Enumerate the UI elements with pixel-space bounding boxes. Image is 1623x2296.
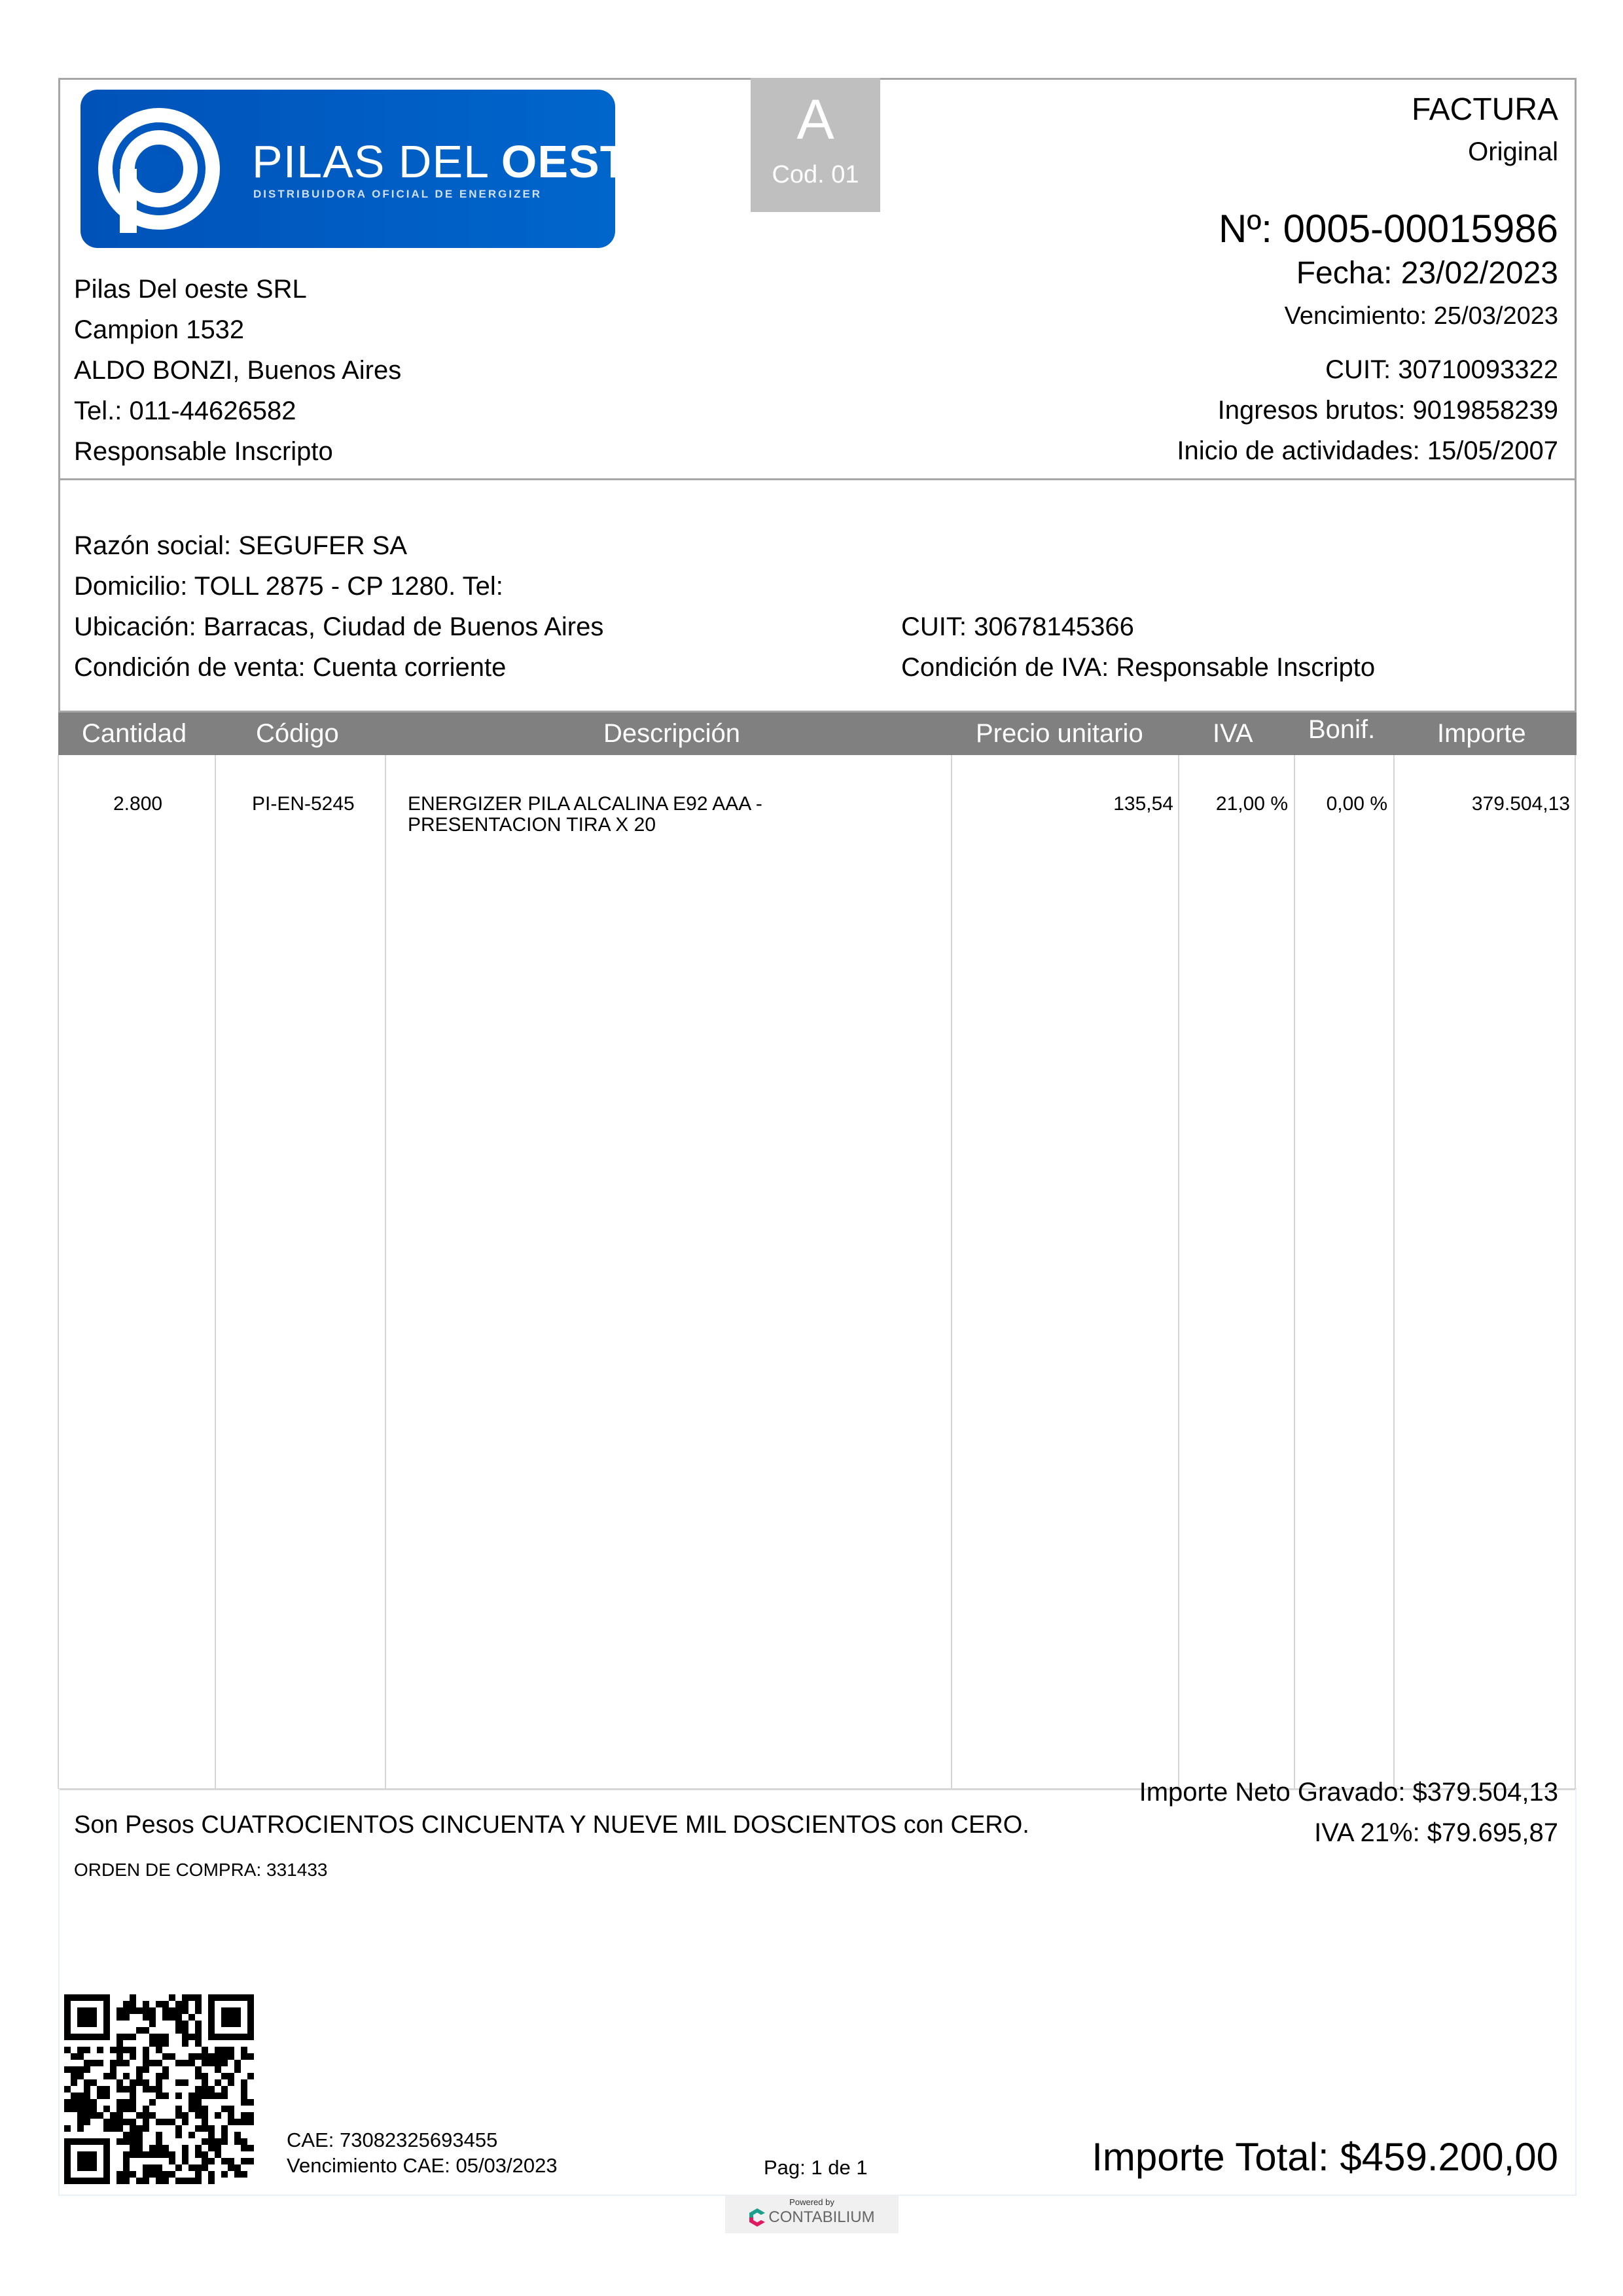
activity-start: Inicio de actividades: 15/05/2007 xyxy=(1177,436,1558,466)
cell-amount: 379.504,13 xyxy=(1399,794,1570,815)
cell-description-line1: ENERGIZER PILA ALCALINA E92 AAA - xyxy=(408,794,762,815)
emitter-city: ALDO BONZI, Buenos Aires xyxy=(74,356,401,385)
client-address: Domicilio: TOLL 2875 - CP 1280. Tel: xyxy=(74,572,503,601)
client-iva-condition: Condición de IVA: Responsable Inscripto xyxy=(901,653,1375,682)
col-divider xyxy=(951,755,952,1789)
col-header-unit-price: Precio unitario xyxy=(976,719,1143,749)
amount-in-words-text: Son Pesos CUATROCIENTOS CINCUENTA Y NUEV… xyxy=(74,1811,1029,1839)
invoice-type-box: A Cod. 01 xyxy=(751,78,880,212)
emitter-name: Pilas Del oeste SRL xyxy=(74,275,307,304)
iva-amount: IVA 21%: $79.695,87 xyxy=(1314,1818,1558,1848)
invoice-number: Nº: 0005-00015986 xyxy=(1219,206,1558,251)
page-indicator: Pag: 1 de 1 xyxy=(764,2156,868,2180)
doc-copy: Original xyxy=(1468,137,1558,167)
col-header-iva: IVA xyxy=(1213,719,1253,749)
afip-qr-code xyxy=(64,1994,254,2184)
invoice-type-letter: A xyxy=(751,87,880,152)
col-divider xyxy=(1178,755,1179,1789)
emitter-address: Campion 1532 xyxy=(74,315,244,345)
cell-iva: 21,00 % xyxy=(1183,794,1288,815)
powered-by-label: Powered by xyxy=(725,2195,899,2207)
col-divider xyxy=(385,755,386,1789)
invoice-date: Fecha: 23/02/2023 xyxy=(1296,255,1558,291)
client-cuit: CUIT: 30678145366 xyxy=(901,612,1134,642)
col-header-amount: Importe xyxy=(1437,719,1526,749)
net-taxed-amount: Importe Neto Gravado: $379.504,13 xyxy=(1139,1778,1558,1807)
gross-income: Ingresos brutos: 9019858239 xyxy=(1218,396,1558,425)
logo-tagline: DISTRIBUIDORA OFICIAL DE ENERGIZER xyxy=(253,188,542,201)
cell-description-line2: PRESENTACION TIRA X 20 xyxy=(408,815,762,836)
amount-in-words: Son Pesos CUATROCIENTOS CINCUENTA Y NUEV… xyxy=(74,1807,1029,1835)
invoice-type-code: Cod. 01 xyxy=(751,160,880,189)
cell-description: ENERGIZER PILA ALCALINA E92 AAA - PRESEN… xyxy=(408,794,762,836)
cell-unit-price: 135,54 xyxy=(1047,794,1173,815)
col-divider xyxy=(1393,755,1395,1789)
total-amount: Importe Total: $459.200,00 xyxy=(1092,2134,1558,2180)
qr-code-icon xyxy=(64,1994,254,2184)
emitter-cuit: CUIT: 30710093322 xyxy=(1325,355,1558,385)
col-header-quantity: Cantidad xyxy=(82,719,187,749)
col-divider xyxy=(1294,755,1295,1789)
client-business-name: Razón social: SEGUFER SA xyxy=(74,531,407,561)
col-header-code: Código xyxy=(256,719,339,749)
invoice-due-date: Vencimiento: 25/03/2023 xyxy=(1285,302,1558,330)
powered-by-badge: Powered by CONTABILIUM xyxy=(725,2195,899,2233)
col-divider xyxy=(215,755,216,1789)
purchase-order: ORDEN DE COMPRA: 331433 xyxy=(74,1860,327,1881)
client-sale-condition: Condición de venta: Cuenta corriente xyxy=(74,653,506,682)
emitter-tax-condition: Responsable Inscripto xyxy=(74,437,333,467)
logo-brand-light: PILAS DEL xyxy=(252,136,501,187)
contabilium-logo-icon xyxy=(749,2208,766,2227)
items-table-header: Cantidad Código Descripción Precio unita… xyxy=(58,713,1577,755)
client-location: Ubicación: Barracas, Ciudad de Buenos Ai… xyxy=(74,612,603,642)
emitter-phone: Tel.: 011-44626582 xyxy=(74,397,296,426)
cae-due-date: Vencimiento CAE: 05/03/2023 xyxy=(287,2154,558,2178)
table-border-right xyxy=(1575,755,1576,1789)
cell-code: PI-EN-5245 xyxy=(252,794,355,815)
contabilium-brand: CONTABILIUM xyxy=(768,2208,874,2227)
company-logo: PILAS DEL OESTE DISTRIBUIDORA OFICIAL DE… xyxy=(80,90,615,248)
cae-number: CAE: 73082325693455 xyxy=(287,2128,497,2152)
table-border-left xyxy=(58,755,59,1789)
col-header-discount: Bonif. xyxy=(1308,715,1375,745)
logo-brand-bold: OESTE xyxy=(501,136,615,187)
doc-type: FACTURA xyxy=(1412,92,1558,128)
cell-quantity: 2.800 xyxy=(113,794,162,815)
col-header-description: Descripción xyxy=(603,719,740,749)
logo-brand-name: PILAS DEL OESTE xyxy=(252,135,615,188)
cell-discount: 0,00 % xyxy=(1299,794,1387,815)
